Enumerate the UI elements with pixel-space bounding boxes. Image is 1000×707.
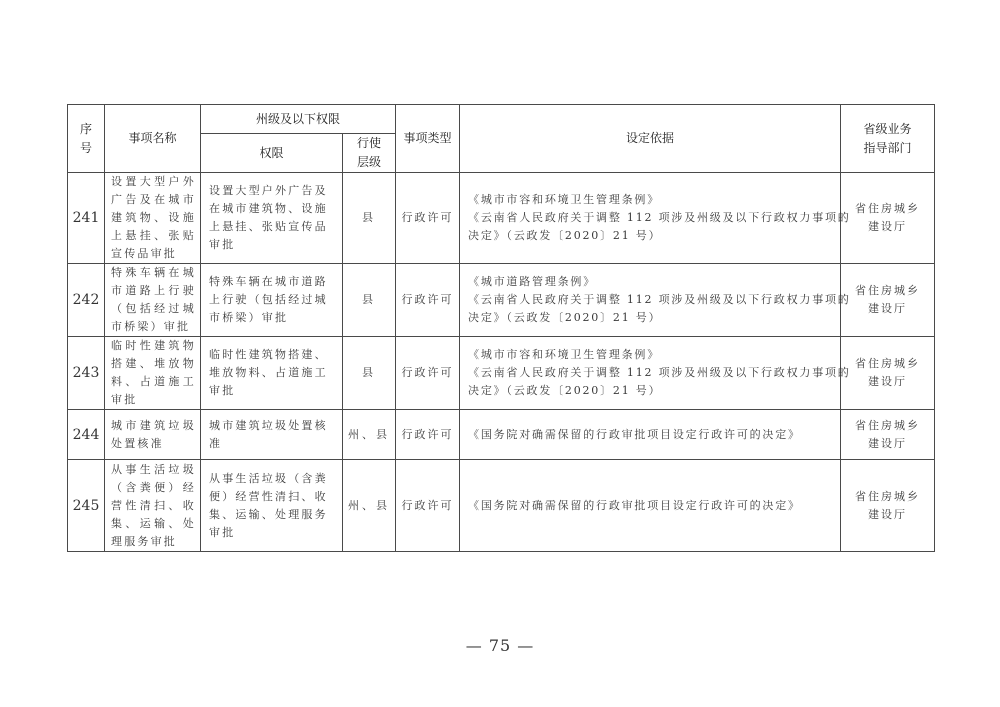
row-seq: 244	[68, 410, 105, 460]
header-dept-line1: 省级业务	[864, 122, 912, 136]
header-seq-line1: 序	[80, 122, 92, 136]
dept-line1: 省住房城乡	[855, 357, 920, 370]
basis-line: 《国务院对确需保留的行政审批项目设定行政许可的决定》	[468, 497, 836, 515]
row-authority: 特殊车辆在城市道路上行驶（包括经过城市桥梁）审批	[201, 264, 343, 337]
basis-line: 决定》（云政发〔2020〕21 号）	[468, 227, 836, 245]
dept-line1: 省住房城乡	[855, 202, 920, 215]
basis-line: 《国务院对确需保留的行政审批项目设定行政许可的决定》	[468, 426, 836, 444]
dept-line1: 省住房城乡	[855, 419, 920, 432]
row-basis: 《城市市容和环境卫生管理条例》 《云南省人民政府关于调整 112 项涉及州级及以…	[460, 173, 841, 264]
row-type: 行政许可	[396, 460, 460, 552]
row-level: 县	[343, 173, 396, 264]
row-authority: 设置大型户外广告及在城市建筑物、设施上悬挂、张贴宣传品审批	[201, 173, 343, 264]
basis-line: 《云南省人民政府关于调整 112 项涉及州级及以下行政权力事项的	[468, 364, 836, 382]
row-dept: 省住房城乡 建设厅	[841, 173, 935, 264]
row-basis: 《国务院对确需保留的行政审批项目设定行政许可的决定》	[460, 410, 841, 460]
dept-line2: 建设厅	[868, 302, 907, 315]
row-authority: 城市建筑垃圾处置核准	[201, 410, 343, 460]
basis-line: 《云南省人民政府关于调整 112 项涉及州级及以下行政权力事项的	[468, 291, 836, 309]
row-basis: 《城市道路管理条例》 《云南省人民政府关于调整 112 项涉及州级及以下行政权力…	[460, 264, 841, 337]
header-seq-line2: 号	[80, 141, 92, 155]
row-basis: 《城市市容和环境卫生管理条例》 《云南省人民政府关于调整 112 项涉及州级及以…	[460, 337, 841, 410]
table-row: 244 城市建筑垃圾处置核准 城市建筑垃圾处置核准 州、县 行政许可 《国务院对…	[68, 410, 935, 460]
row-seq: 245	[68, 460, 105, 552]
row-level: 州、县	[343, 410, 396, 460]
row-seq: 243	[68, 337, 105, 410]
row-level: 县	[343, 337, 396, 410]
header-group: 州级及以下权限	[201, 105, 396, 134]
row-type: 行政许可	[396, 410, 460, 460]
row-level: 州、县	[343, 460, 396, 552]
dept-line2: 建设厅	[868, 437, 907, 450]
basis-line: 《城市市容和环境卫生管理条例》	[468, 346, 836, 364]
row-dept: 省住房城乡 建设厅	[841, 264, 935, 337]
row-type: 行政许可	[396, 337, 460, 410]
basis-line: 《城市道路管理条例》	[468, 273, 836, 291]
row-authority: 从事生活垃圾（含粪便）经营性清扫、收集、运输、处理服务审批	[201, 460, 343, 552]
header-dept: 省级业务 指导部门	[841, 105, 935, 173]
basis-line: 决定》（云政发〔2020〕21 号）	[468, 309, 836, 327]
row-dept: 省住房城乡 建设厅	[841, 337, 935, 410]
basis-line: 《云南省人民政府关于调整 112 项涉及州级及以下行政权力事项的	[468, 209, 836, 227]
row-seq: 242	[68, 264, 105, 337]
row-name: 特殊车辆在城市道路上行驶（包括经过城市桥梁）审批	[105, 264, 201, 337]
table-row: 241 设置大型户外广告及在城市建筑物、设施上悬挂、张贴宣传品审批 设置大型户外…	[68, 173, 935, 264]
basis-line: 《城市市容和环境卫生管理条例》	[468, 191, 836, 209]
row-type: 行政许可	[396, 264, 460, 337]
table-row: 245 从事生活垃圾（含粪便）经营性清扫、收集、运输、处理服务审批 从事生活垃圾…	[68, 460, 935, 552]
header-basis: 设定依据	[460, 105, 841, 173]
basis-line: 决定》（云政发〔2020〕21 号）	[468, 382, 836, 400]
dept-line2: 建设厅	[868, 220, 907, 233]
header-dept-line2: 指导部门	[864, 141, 912, 155]
table-row: 242 特殊车辆在城市道路上行驶（包括经过城市桥梁）审批 特殊车辆在城市道路上行…	[68, 264, 935, 337]
dept-line2: 建设厅	[868, 375, 907, 388]
header-level: 行使 层级	[343, 134, 396, 173]
header-seq: 序 号	[68, 105, 105, 173]
header-level-line2: 层级	[357, 155, 381, 169]
dept-line1: 省住房城乡	[855, 490, 920, 503]
page-number: — 75 —	[0, 636, 1000, 655]
header-name: 事项名称	[105, 105, 201, 173]
header-level-line1: 行使	[357, 136, 381, 150]
row-name: 城市建筑垃圾处置核准	[105, 410, 201, 460]
row-type: 行政许可	[396, 173, 460, 264]
header-type: 事项类型	[396, 105, 460, 173]
table-row: 243 临时性建筑物搭建、堆放物料、占道施工审批 临时性建筑物搭建、堆放物料、占…	[68, 337, 935, 410]
row-authority: 临时性建筑物搭建、堆放物料、占道施工审批	[201, 337, 343, 410]
row-name: 从事生活垃圾（含粪便）经营性清扫、收集、运输、处理服务审批	[105, 460, 201, 552]
row-dept: 省住房城乡 建设厅	[841, 460, 935, 552]
dept-line2: 建设厅	[868, 508, 907, 521]
row-seq: 241	[68, 173, 105, 264]
row-name: 设置大型户外广告及在城市建筑物、设施上悬挂、张贴宣传品审批	[105, 173, 201, 264]
row-basis: 《国务院对确需保留的行政审批项目设定行政许可的决定》	[460, 460, 841, 552]
row-dept: 省住房城乡 建设厅	[841, 410, 935, 460]
row-level: 县	[343, 264, 396, 337]
header-authority: 权限	[201, 134, 343, 173]
dept-line1: 省住房城乡	[855, 284, 920, 297]
power-items-table: 序 号 事项名称 州级及以下权限 事项类型 设定依据 省级业务 指导部门 权限 …	[67, 104, 935, 552]
row-name: 临时性建筑物搭建、堆放物料、占道施工审批	[105, 337, 201, 410]
